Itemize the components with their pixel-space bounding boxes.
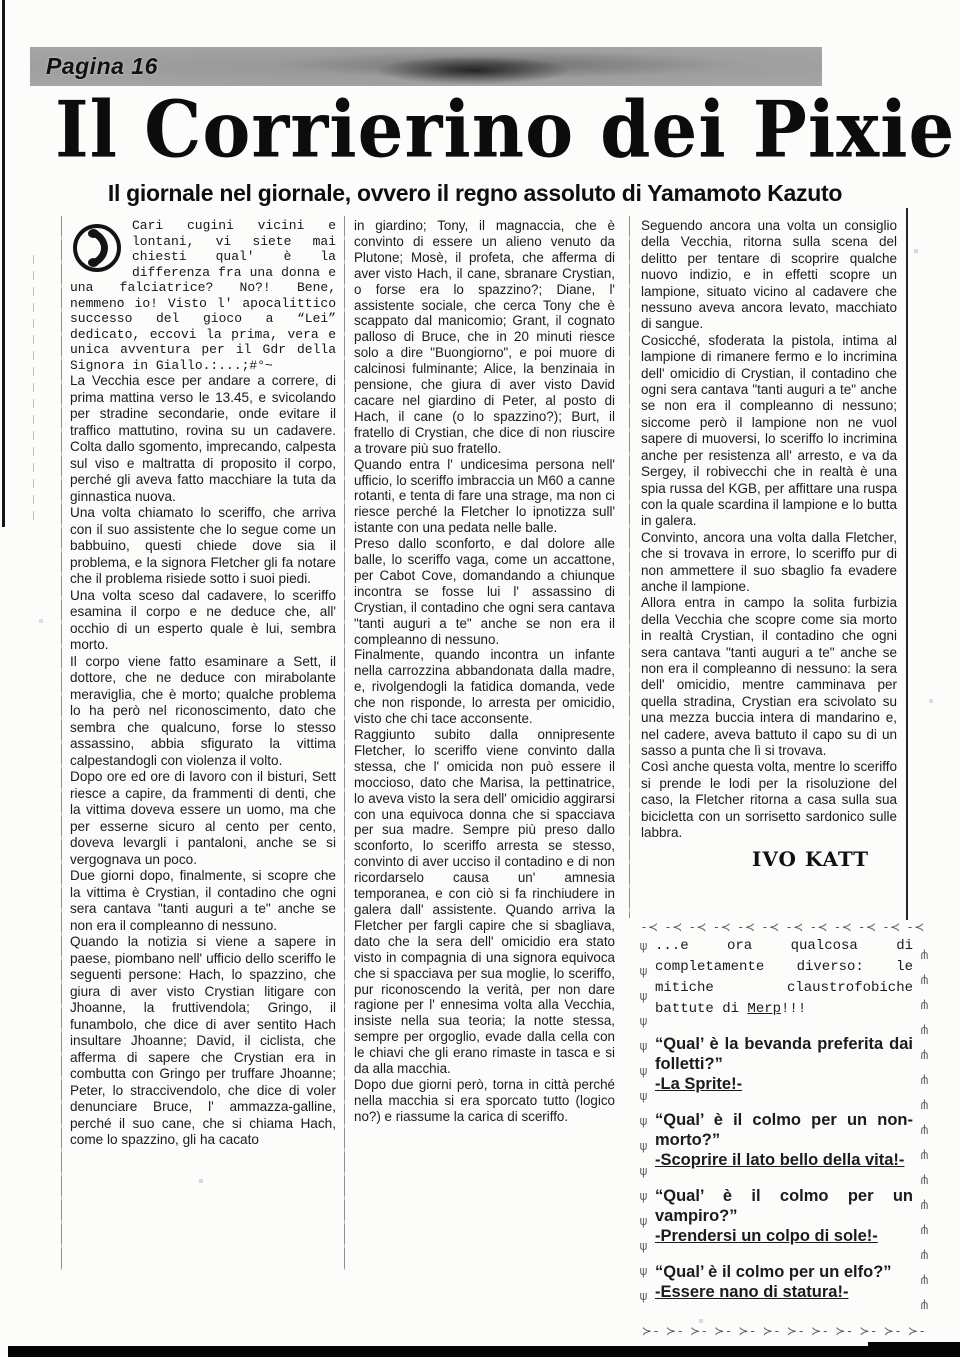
article-paragraph: Due giorni dopo, finalmente, si scopre c… (70, 868, 336, 934)
scanned-newsletter-page: Pagina 16 Il Corrierino dei Pixie Il gio… (0, 0, 960, 1357)
joke-item: “Qual’ è il colmo per un elfo?” -Essere … (655, 1262, 913, 1303)
bird-track-ornament-left: ψ ψ ψ ψ ψ ψ ψ ψ ψ ψ ψ ψ ψ ψ ψ (636, 934, 651, 1318)
joke-question: “Qual’ è il colmo per un elfo?” (655, 1262, 913, 1282)
article-paragraph: Quando entra l' undicesima persona nell'… (354, 457, 615, 537)
joke-answer: -Prendersi un colpo di sole!- (655, 1226, 913, 1247)
scan-fold-line (33, 255, 34, 525)
article-column-3: Seguendo ancora una volta un consiglio d… (641, 218, 897, 868)
column-rule-left (61, 216, 62, 1270)
article-paragraph: Seguendo ancora una volta un consiglio d… (641, 218, 897, 333)
joke-answer: -Essere nano di statura!- (655, 1282, 913, 1303)
merp-body: ψ ψ ψ ψ ψ ψ ψ ψ ψ ψ ψ ψ ψ ψ ψ ...e ora q… (636, 934, 932, 1318)
joke-answer: -La Sprite!- (655, 1074, 913, 1095)
article-intro: Cari cugini vicini e lontani, vi siete m… (70, 218, 336, 373)
article-paragraph: Il corpo viene fatto esaminare a Sett, i… (70, 654, 336, 770)
joke-question: “Qual’ è la bevanda preferita dai follet… (655, 1034, 913, 1074)
column-rule-1 (344, 216, 345, 1270)
article-paragraph: Dopo ore ed ore di lavoro con il bisturi… (70, 769, 336, 868)
joke-answer: -Scoprire il lato bello della vita!- (655, 1150, 913, 1171)
article-paragraph: Dopo due giorni però, torna in città per… (354, 1077, 615, 1125)
page-number-banner: Pagina 16 (30, 47, 822, 86)
page-left-border (2, 0, 5, 527)
article-column-1: Cari cugini vicini e lontani, vi siete m… (70, 218, 336, 1149)
article-paragraph: Una volta sceso dal cadavere, lo sceriff… (70, 588, 336, 654)
joke-item: “Qual’ è la bevanda preferita dai follet… (655, 1034, 913, 1095)
bottom-scan-bar-right (868, 1342, 960, 1357)
article-paragraph: La Vecchia esce per andare a correre, di… (70, 373, 336, 505)
merp-intro-name: Merp (747, 1001, 781, 1017)
column-rule-right (906, 208, 908, 920)
telephone-handset-icon (70, 220, 124, 276)
article-paragraph: Convinto, ancora una volta dalla Fletche… (641, 530, 897, 596)
bird-track-ornament-bottom: ≻- ≻- ≻- ≻- ≻- ≻- ≻- ≻- ≻- ≻- ≻- ≻- (636, 1324, 932, 1338)
joke-question: “Qual’ è il colmo per un vampiro?” (655, 1186, 913, 1226)
article-paragraph: Preso dallo sconforto, e dal dolore alle… (354, 536, 615, 647)
joke-question: “Qual’ è il colmo per un non-morto?” (655, 1110, 913, 1150)
masthead-title: Il Corrierino dei Pixie (55, 84, 915, 175)
article-paragraph: Finalmente, quando incontra un infante n… (354, 647, 615, 727)
bottom-scan-bar (8, 1346, 960, 1357)
article-paragraph: in giardino; Tony, il magnaccia, che è c… (354, 218, 615, 457)
merp-jokes-section: -≺ -≺ -≺ -≺ -≺ -≺ -≺ -≺ -≺ -≺ -≺ -≺ ψ ψ … (636, 920, 932, 1338)
bird-track-ornament-right: ψ ψ ψ ψ ψ ψ ψ ψ ψ ψ ψ ψ ψ ψ ψ (917, 934, 932, 1318)
masthead-subtitle: Il giornale nel giornale, ovvero il regn… (60, 180, 890, 207)
column-rule-2 (629, 216, 630, 918)
article-paragraph: Quando la notizia si viene a sapere in p… (70, 934, 336, 1149)
page-number-label: Pagina 16 (46, 53, 158, 80)
scan-noise (0, 0, 2, 2)
article-paragraph: Allora entra in campo la solita furbizia… (641, 595, 897, 759)
joke-item: “Qual’ è il colmo per un non-morto?” -Sc… (655, 1110, 913, 1171)
article-byline: IVO KATT (641, 851, 897, 867)
merp-intro-post: !!! (781, 1001, 806, 1017)
merp-intro: ...e ora qualcosa di completamente diver… (655, 936, 913, 1020)
bird-track-ornament-top: -≺ -≺ -≺ -≺ -≺ -≺ -≺ -≺ -≺ -≺ -≺ -≺ (636, 920, 932, 934)
joke-item: “Qual’ è il colmo per un vampiro?” -Pren… (655, 1186, 913, 1247)
article-paragraph: Così anche questa volta, mentre lo sceri… (641, 759, 897, 841)
article-paragraph: Cosicché, sfoderata la pistola, intima a… (641, 333, 897, 530)
merp-content: ...e ora qualcosa di completamente diver… (651, 934, 917, 1318)
article-column-2: in giardino; Tony, il magnaccia, che è c… (354, 218, 615, 1125)
article-paragraph: Raggiunto subito dalla onnipresente Flet… (354, 727, 615, 1077)
article-paragraph: Una volta chiamato lo sceriffo, che arri… (70, 505, 336, 588)
